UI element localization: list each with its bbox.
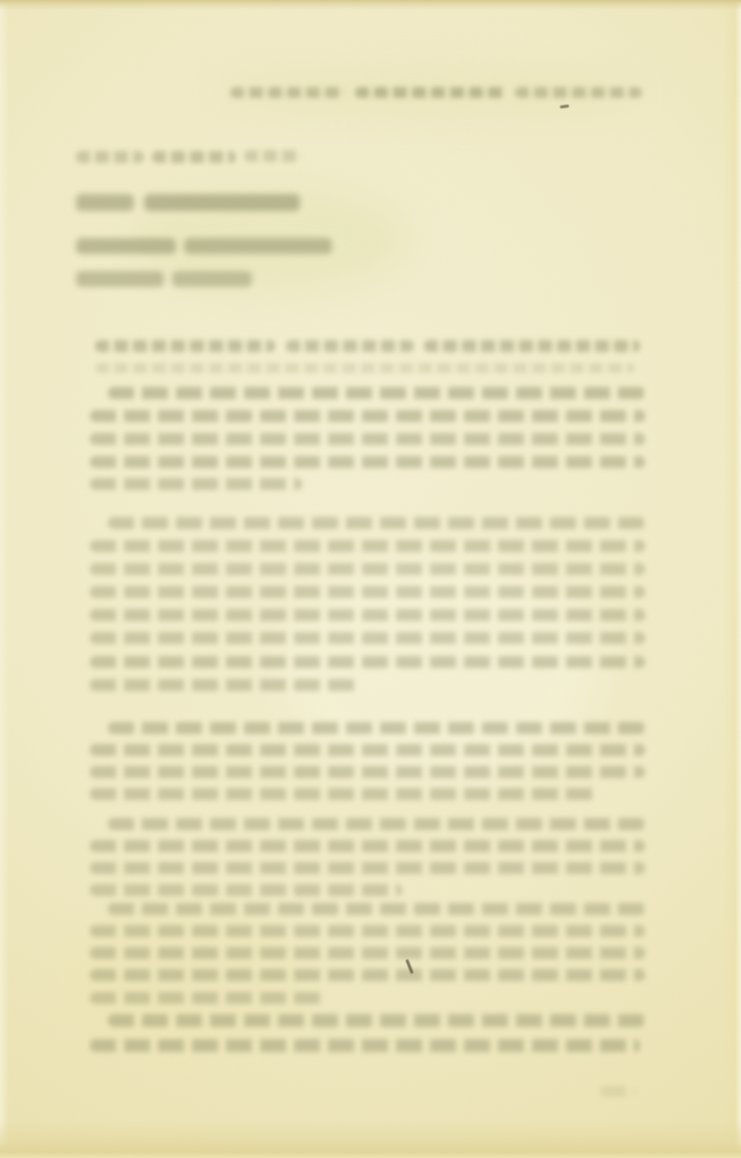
faded-text-line [152, 151, 236, 163]
faded-text-line [108, 517, 645, 529]
faded-text-line [108, 818, 645, 830]
paper-stain [280, 560, 600, 780]
faded-text-line [90, 884, 402, 896]
faded-text-line [244, 150, 302, 162]
faded-text-line [95, 340, 275, 352]
faded-text-line [90, 456, 645, 468]
paper-stain [60, 900, 310, 1060]
faded-text-line [90, 478, 302, 490]
faded-text-line [90, 433, 645, 445]
faded-text-line [76, 271, 164, 287]
faded-text-line [95, 363, 635, 373]
faded-text-line [90, 862, 645, 874]
pen-stroke [405, 959, 413, 974]
paper-stain [130, 185, 410, 295]
faded-text-line [424, 340, 640, 352]
faded-text-line [76, 151, 144, 163]
scanned-page [0, 0, 741, 1158]
faded-text-line [600, 1086, 636, 1097]
paper-stain [210, 70, 640, 115]
faded-text-line [90, 540, 645, 552]
viewport: { "document": { "type": "scanned-book-pa… [0, 0, 741, 1158]
faded-text-line [90, 840, 645, 852]
faded-text-line [90, 410, 645, 422]
faded-text-line [286, 340, 414, 352]
faded-text-line [90, 788, 595, 800]
faded-text-line [76, 194, 134, 211]
faded-text-line [108, 387, 645, 399]
